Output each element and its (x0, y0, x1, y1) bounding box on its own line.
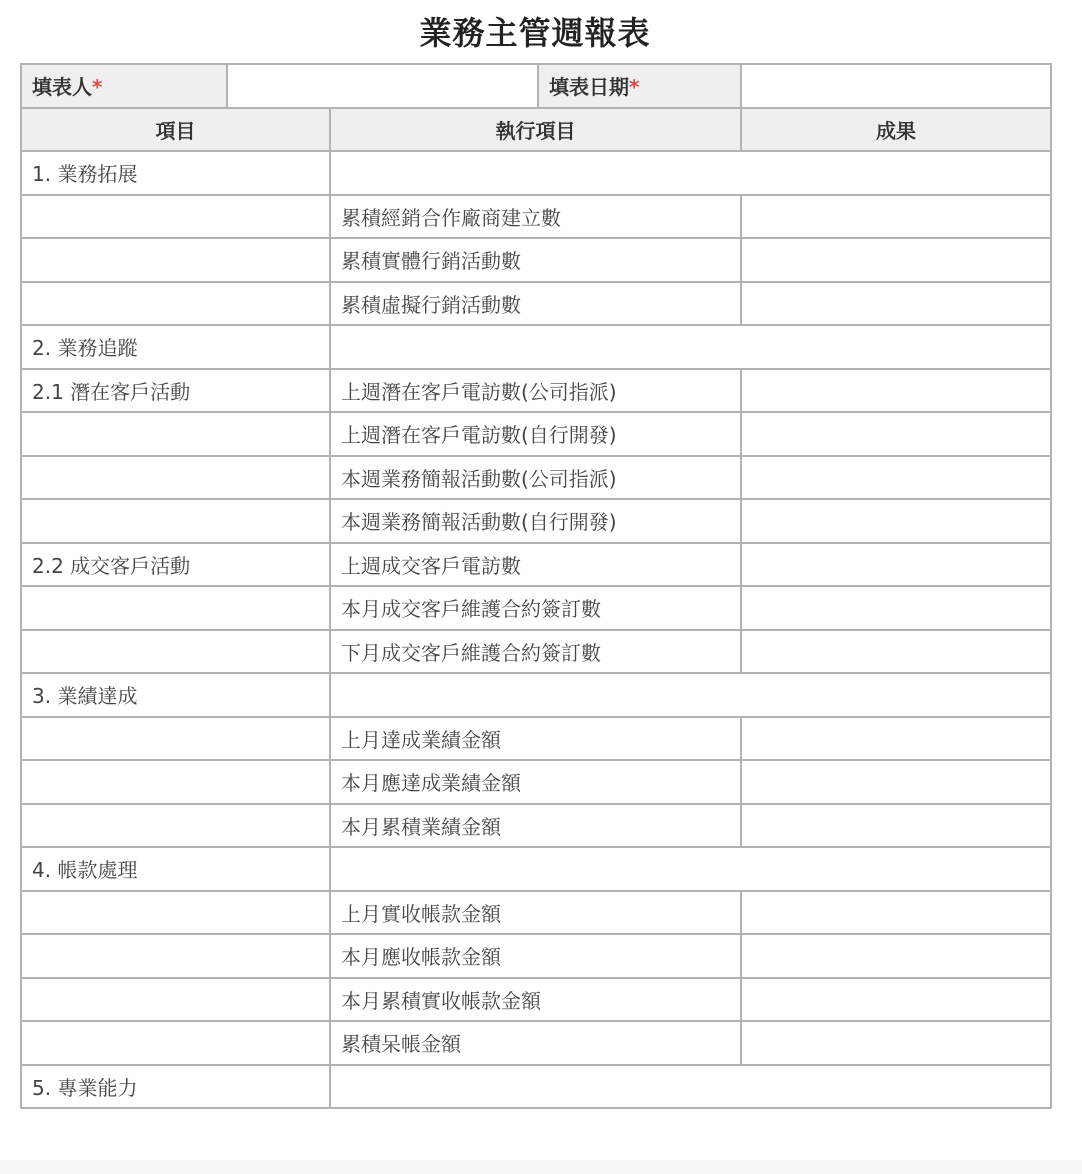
required-mark: * (92, 75, 102, 99)
column-header-item: 項目 (21, 108, 330, 152)
item-cell (21, 412, 330, 456)
task-cell: 上週成交客戶電訪數 (330, 543, 741, 587)
column-header-result: 成果 (741, 108, 1051, 152)
item-cell (21, 978, 330, 1022)
task-cell: 本月應達成業績金額 (330, 760, 741, 804)
filler-input[interactable] (227, 64, 538, 108)
task-cell: 累積呆帳金額 (330, 1021, 741, 1065)
table-row: 累積虛擬行銷活動數 (21, 282, 1051, 326)
item-cell (21, 891, 330, 935)
task-cell: 累積虛擬行銷活動數 (330, 282, 741, 326)
date-input[interactable] (741, 64, 1051, 108)
item-cell: 5. 專業能力 (21, 1065, 330, 1109)
weekly-report-table: 填表人* 填表日期* 項目 執行項目 成果 1. 業務拓展累積經銷合作廠商建立數… (20, 63, 1052, 1109)
task-cell: 上月達成業績金額 (330, 717, 741, 761)
result-input[interactable] (741, 804, 1051, 848)
result-input[interactable] (741, 586, 1051, 630)
table-row: 本月應達成業績金額 (21, 760, 1051, 804)
task-cell: 下月成交客戶維護合約簽訂數 (330, 630, 741, 674)
table-row: 本月應收帳款金額 (21, 934, 1051, 978)
result-input[interactable] (741, 717, 1051, 761)
section-blank-cell[interactable] (330, 673, 1051, 717)
header-fields-row: 填表人* 填表日期* (21, 64, 1051, 108)
item-cell (21, 934, 330, 978)
item-cell: 3. 業績達成 (21, 673, 330, 717)
item-cell (21, 1021, 330, 1065)
result-input[interactable] (741, 760, 1051, 804)
task-cell: 本週業務簡報活動數(自行開發) (330, 499, 741, 543)
item-cell (21, 456, 330, 500)
table-row: 本週業務簡報活動數(公司指派) (21, 456, 1051, 500)
section-blank-cell[interactable] (330, 151, 1051, 195)
table-row: 下月成交客戶維護合約簽訂數 (21, 630, 1051, 674)
required-mark: * (629, 75, 639, 99)
section-blank-cell[interactable] (330, 325, 1051, 369)
result-input[interactable] (741, 456, 1051, 500)
result-input[interactable] (741, 543, 1051, 587)
result-input[interactable] (741, 238, 1051, 282)
column-header-row: 項目 執行項目 成果 (21, 108, 1051, 152)
table-row: 本月累積實收帳款金額 (21, 978, 1051, 1022)
item-cell: 1. 業務拓展 (21, 151, 330, 195)
item-cell (21, 499, 330, 543)
table-row: 累積實體行銷活動數 (21, 238, 1051, 282)
table-row: 本週業務簡報活動數(自行開發) (21, 499, 1051, 543)
section-row: 3. 業績達成 (21, 673, 1051, 717)
page-title: 業務主管週報表 (0, 8, 1070, 54)
item-cell: 2. 業務追蹤 (21, 325, 330, 369)
item-cell (21, 760, 330, 804)
task-cell: 上週潛在客戶電訪數(自行開發) (330, 412, 741, 456)
result-input[interactable] (741, 369, 1051, 413)
task-cell: 本月累積業績金額 (330, 804, 741, 848)
section-blank-cell[interactable] (330, 847, 1051, 891)
result-input[interactable] (741, 630, 1051, 674)
task-cell: 本月累積實收帳款金額 (330, 978, 741, 1022)
table-row: 本月成交客戶維護合約簽訂數 (21, 586, 1051, 630)
item-cell (21, 282, 330, 326)
item-cell (21, 586, 330, 630)
table-row: 上月達成業績金額 (21, 717, 1051, 761)
table-row: 2.1 潛在客戶活動上週潛在客戶電訪數(公司指派) (21, 369, 1051, 413)
result-input[interactable] (741, 195, 1051, 239)
section-blank-cell[interactable] (330, 1065, 1051, 1109)
task-cell: 累積經銷合作廠商建立數 (330, 195, 741, 239)
result-input[interactable] (741, 934, 1051, 978)
table-row: 上週潛在客戶電訪數(自行開發) (21, 412, 1051, 456)
task-cell: 本月應收帳款金額 (330, 934, 741, 978)
item-cell (21, 630, 330, 674)
task-cell: 上月實收帳款金額 (330, 891, 741, 935)
result-input[interactable] (741, 282, 1051, 326)
item-cell (21, 804, 330, 848)
section-row: 5. 專業能力 (21, 1065, 1051, 1109)
filler-label: 填表人* (21, 64, 227, 108)
table-row: 上月實收帳款金額 (21, 891, 1051, 935)
table-row: 2.2 成交客戶活動上週成交客戶電訪數 (21, 543, 1051, 587)
result-input[interactable] (741, 412, 1051, 456)
section-row: 2. 業務追蹤 (21, 325, 1051, 369)
page-bottom-edge (0, 1160, 1082, 1174)
item-cell: 2.2 成交客戶活動 (21, 543, 330, 587)
task-cell: 上週潛在客戶電訪數(公司指派) (330, 369, 741, 413)
table-row: 累積呆帳金額 (21, 1021, 1051, 1065)
result-input[interactable] (741, 499, 1051, 543)
section-row: 4. 帳款處理 (21, 847, 1051, 891)
item-cell: 2.1 潛在客戶活動 (21, 369, 330, 413)
task-cell: 本月成交客戶維護合約簽訂數 (330, 586, 741, 630)
table-row: 本月累積業績金額 (21, 804, 1051, 848)
task-cell: 累積實體行銷活動數 (330, 238, 741, 282)
item-cell (21, 717, 330, 761)
table-row: 累積經銷合作廠商建立數 (21, 195, 1051, 239)
item-cell: 4. 帳款處理 (21, 847, 330, 891)
item-cell (21, 195, 330, 239)
result-input[interactable] (741, 1021, 1051, 1065)
result-input[interactable] (741, 978, 1051, 1022)
column-header-task: 執行項目 (330, 108, 741, 152)
date-label: 填表日期* (538, 64, 741, 108)
item-cell (21, 238, 330, 282)
section-row: 1. 業務拓展 (21, 151, 1051, 195)
task-cell: 本週業務簡報活動數(公司指派) (330, 456, 741, 500)
result-input[interactable] (741, 891, 1051, 935)
